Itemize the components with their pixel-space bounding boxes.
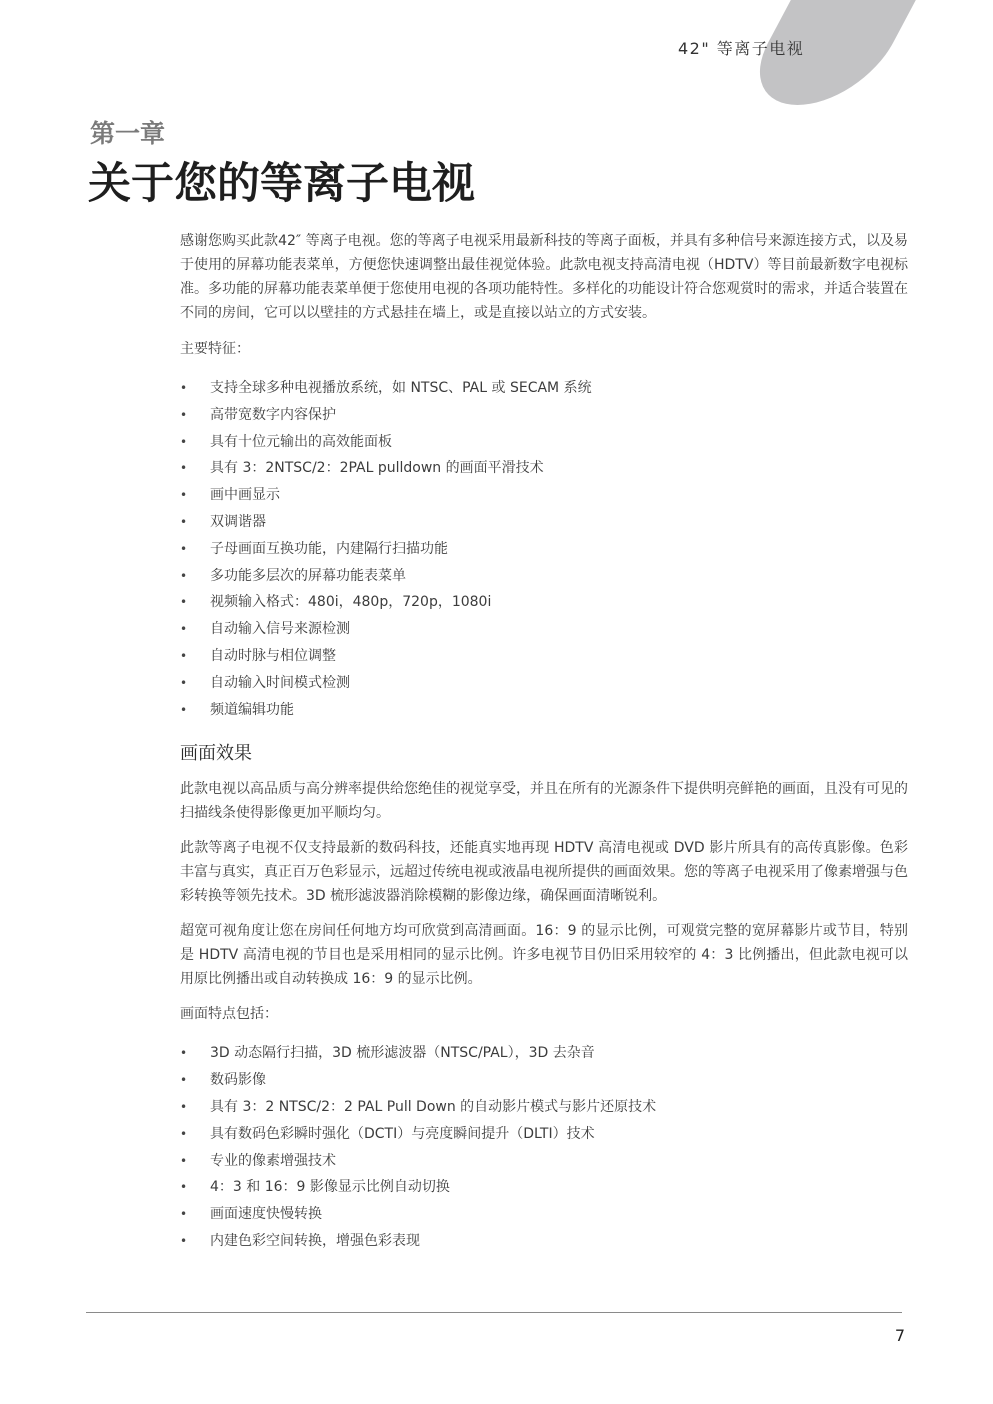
list-item: •频道编辑功能 (180, 697, 908, 724)
list-item: •视频输入格式：480i，480p，720p，1080i (180, 589, 908, 616)
bullet-icon: • (180, 509, 187, 536)
bullet-icon: • (180, 670, 187, 697)
picture-features-label: 画面特点包括： (180, 1002, 908, 1026)
bullet-icon: • (180, 643, 187, 670)
list-item: •具有 3：2NTSC/2：2PAL pulldown 的画面平滑技术 (180, 455, 908, 482)
bullet-icon: • (180, 402, 187, 429)
running-header-title: 42" 等离子电视 (678, 36, 804, 59)
picture-features-list: •3D 动态隔行扫描，3D 梳形滤波器（NTSC/PAL），3D 去杂音 •数码… (180, 1040, 908, 1254)
list-item: •支持全球多种电视播放系统，如 NTSC、PAL 或 SECAM 系统 (180, 375, 908, 402)
bullet-icon: • (180, 616, 187, 643)
picture-paragraph: 此款等离子电视不仅支持最新的数码科技，还能真实地再现 HDTV 高清电视或 DV… (180, 836, 908, 908)
picture-paragraph: 超宽可视角度让您在房间任何地方均可欣赏到高清画面。16：9 的显示比例，可观赏完… (180, 919, 908, 991)
bullet-icon: • (180, 1148, 187, 1175)
list-item: •自动输入时间模式检测 (180, 670, 908, 697)
list-item: •内建色彩空间转换，增强色彩表现 (180, 1228, 908, 1255)
list-item: •高带宽数字内容保护 (180, 402, 908, 429)
list-item: •具有 3：2 NTSC/2：2 PAL Pull Down 的自动影片模式与影… (180, 1094, 908, 1121)
bullet-icon: • (180, 563, 187, 590)
list-item: •具有数码色彩瞬时强化（DCTI）与亮度瞬间提升（DLTI）技术 (180, 1121, 908, 1148)
main-content: 感谢您购买此款42″ 等离子电视。您的等离子电视采用最新科技的等离子面板，并具有… (180, 229, 908, 1265)
footer-divider (86, 1312, 902, 1313)
list-item: •双调谐器 (180, 509, 908, 536)
chapter-title: 关于您的等离子电视 (88, 150, 475, 211)
bullet-icon: • (180, 1228, 187, 1255)
bullet-icon: • (180, 375, 187, 402)
bullet-icon: • (180, 429, 187, 456)
page-number: 7 (895, 1326, 905, 1345)
bullet-icon: • (180, 1174, 187, 1201)
intro-paragraph: 感谢您购买此款42″ 等离子电视。您的等离子电视采用最新科技的等离子面板，并具有… (180, 229, 908, 325)
list-item: •画中画显示 (180, 482, 908, 509)
list-item: •专业的像素增强技术 (180, 1148, 908, 1175)
picture-paragraph: 此款电视以高品质与高分辨率提供给您绝佳的视觉享受，并且在所有的光源条件下提供明亮… (180, 777, 908, 825)
bullet-icon: • (180, 589, 187, 616)
section-heading-picture: 画面效果 (180, 741, 908, 767)
list-item: •多功能多层次的屏幕功能表菜单 (180, 563, 908, 590)
list-item: •数码影像 (180, 1067, 908, 1094)
bullet-icon: • (180, 536, 187, 563)
bullet-icon: • (180, 455, 187, 482)
features-label: 主要特征： (180, 337, 908, 361)
bullet-icon: • (180, 697, 187, 724)
list-item: •4：3 和 16：9 影像显示比例自动切换 (180, 1174, 908, 1201)
list-item: •自动输入信号来源检测 (180, 616, 908, 643)
bullet-icon: • (180, 1121, 187, 1148)
bullet-icon: • (180, 1040, 187, 1067)
bullet-icon: • (180, 482, 187, 509)
chapter-label: 第一章 (90, 114, 165, 150)
list-item: •3D 动态隔行扫描，3D 梳形滤波器（NTSC/PAL），3D 去杂音 (180, 1040, 908, 1067)
bullet-icon: • (180, 1094, 187, 1121)
bullet-icon: • (180, 1201, 187, 1228)
list-item: •具有十位元输出的高效能面板 (180, 429, 908, 456)
list-item: •子母画面互换功能，内建隔行扫描功能 (180, 536, 908, 563)
list-item: •画面速度快慢转换 (180, 1201, 908, 1228)
bullet-icon: • (180, 1067, 187, 1094)
list-item: •自动时脉与相位调整 (180, 643, 908, 670)
main-features-list: •支持全球多种电视播放系统，如 NTSC、PAL 或 SECAM 系统 •高带宽… (180, 375, 908, 723)
